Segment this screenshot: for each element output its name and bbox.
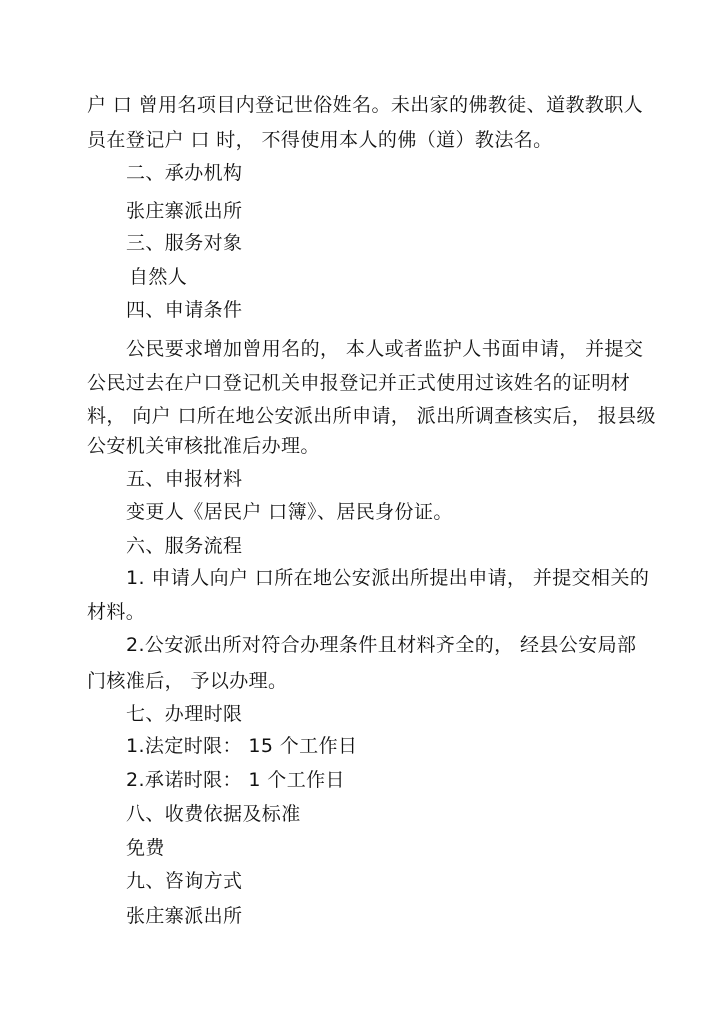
paragraph-line: 料， 向户 口所在地公安派出所申请， 派出所调查核实后， 报县级 [87,404,656,428]
materials-value: 变更人《居民户 口簿》、居民身份证。 [126,500,453,524]
fees-value: 免费 [126,836,165,860]
section-heading-conditions: 四、申请条件 [126,298,242,322]
section-heading-fees: 八、收费依据及标准 [126,802,301,826]
section-heading-service-target: 三、服务对象 [126,231,242,255]
paragraph-line: 公民要求增加曾用名的， 本人或者监护人书面申请， 并提交 [126,337,643,361]
section-heading-materials: 五、申报材料 [126,467,242,491]
paragraph-line: 户 口 曾用名项目内登记世俗姓名。未出家的佛教徒、道教教职人 [87,93,643,117]
paragraph-line: 员在登记户 口 时， 不得使用本人的佛（道）教法名。 [87,128,553,152]
process-step-continued: 材料。 [87,600,145,624]
section-heading-consultation: 九、咨询方式 [126,869,242,893]
paragraph-line: 公安机关审核批准后办理。 [87,434,320,458]
process-step: 2.公安派出所对符合办理条件且材料齐全的， 经县公安局部 [126,633,636,657]
consultation-value: 张庄寨派出所 [126,904,242,928]
agency-value: 张庄寨派出所 [126,199,242,223]
section-heading-process: 六、服务流程 [126,534,242,558]
document-page: 户 口 曾用名项目内登记世俗姓名。未出家的佛教徒、道教教职人 员在登记户 口 时… [0,0,715,1011]
process-step: 1. 申请人向户 口所在地公安派出所提出申请， 并提交相关的 [126,566,649,590]
legal-time-limit: 1.法定时限： 15 个工作日 [126,734,357,758]
promised-time-limit: 2.承诺时限： 1 个工作日 [126,768,345,792]
paragraph-line: 公民过去在户口登记机关申报登记并正式使用过该姓名的证明材 [87,371,630,395]
service-target-value: 自然人 [129,265,187,289]
section-heading-agency: 二、承办机构 [126,161,242,185]
process-step-continued: 门核准后， 予以办理。 [87,669,287,693]
section-heading-time-limit: 七、办理时限 [126,702,242,726]
